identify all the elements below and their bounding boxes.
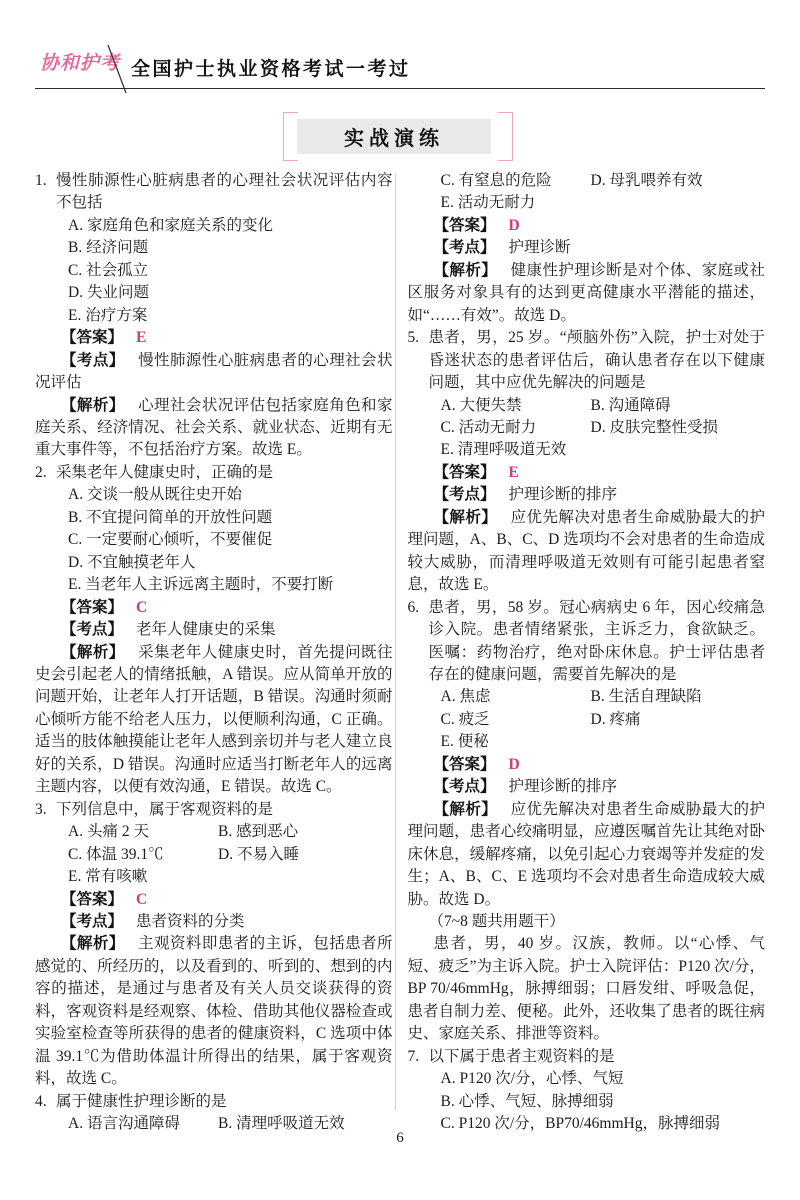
answer-line: 【答案】C — [35, 889, 393, 911]
question-text: 患者，男，58 岁。冠心病病史 6 年，因心绞痛急诊入院。患者情绪紧张，主诉乏力… — [429, 599, 766, 683]
answer-label: 【答案】 — [61, 329, 123, 346]
option-row: A. 焦虑B. 生活自理缺陷 — [408, 686, 766, 708]
option-cell: C. 体温 39.1℃ — [68, 844, 218, 866]
point-text: 患者资料的分类 — [136, 913, 245, 930]
question-block: 4.属于健康性护理诊断的是 — [35, 1091, 393, 1113]
answer-value: D — [509, 756, 520, 773]
option-row: E. 当老年人主诉远离主题时，不要打断 — [35, 574, 393, 596]
options-group: C. 有窒息的危险D. 母乳喂养有效E. 活动无耐力 — [408, 170, 766, 215]
question-block: 6.患者，男，58 岁。冠心病病史 6 年，因心绞痛急诊入院。患者情绪紧张，主诉… — [408, 597, 766, 687]
question-number: 2. — [35, 462, 47, 484]
option-cell: C. 一定要耐心倾听，不要催促 — [68, 531, 272, 548]
option-cell: A. 大便失禁 — [441, 395, 591, 417]
analysis-line: 【解析】应优先解决对患者生命威胁最大的护理问题，患者心绞痛明显，应遵医嘱首先让其… — [408, 799, 766, 911]
options-group: A. 大便失禁B. 沟通障碍C. 活动无耐力D. 皮肤完整性受损E. 清理呼吸道… — [408, 395, 766, 462]
option-row: A. P120 次/分，心悸、气短 — [408, 1068, 766, 1090]
point-text: 老年人健康史的采集 — [136, 621, 276, 638]
point-line: 【考点】护理诊断 — [408, 237, 766, 259]
option-row: D. 不宜触摸老年人 — [35, 552, 393, 574]
analysis-label: 【解析】 — [61, 935, 125, 952]
option-cell: A. P120 次/分，心悸、气短 — [441, 1070, 624, 1087]
answer-value: E — [509, 464, 519, 481]
option-row: A. 交谈一般从既往史开始 — [35, 484, 393, 506]
options-group: A. 头痛 2 天B. 感到恶心C. 体温 39.1℃D. 不易入睡E. 常有咳… — [35, 821, 393, 888]
option-row: E. 常有咳嗽 — [35, 866, 393, 888]
point-label: 【考点】 — [61, 352, 125, 369]
option-cell: D. 不宜触摸老年人 — [68, 554, 195, 571]
analysis-line: 【解析】主观资料即患者的主诉，包括患者所感觉的、所经历的，以及看到的、听到的、想… — [35, 933, 393, 1090]
answer-line: 【答案】D — [408, 215, 766, 237]
question-number: 4. — [35, 1091, 47, 1113]
option-cell: A. 交谈一般从既往史开始 — [68, 486, 242, 503]
point-text: 护理诊断的排序 — [509, 778, 618, 795]
option-cell: D. 疼痛 — [591, 711, 641, 728]
option-row: E. 活动无耐力 — [408, 192, 766, 214]
analysis-line: 【解析】应优先解决对患者生命威胁最大的护理问题，A、B、C、D 选项均不会对患者… — [408, 507, 766, 597]
answer-line: 【答案】C — [35, 597, 393, 619]
question-text: 属于健康性护理诊断的是 — [56, 1093, 227, 1110]
option-cell: E. 当老年人主诉远离主题时，不要打断 — [68, 576, 333, 593]
option-cell: E. 治疗方案 — [68, 307, 147, 324]
case-intro: 患者，男，40 岁。汉族，教师。以“心悸、气短、疲乏”为主诉入院。护士入院评估：… — [408, 933, 766, 1045]
answer-value: E — [136, 329, 146, 346]
point-line: 【考点】慢性肺源性心脏病患者的心理社会状况评估 — [35, 350, 393, 395]
option-cell: E. 便秘 — [441, 733, 489, 750]
point-text: 护理诊断 — [509, 239, 571, 256]
option-cell: A. 家庭角色和家庭关系的变化 — [68, 217, 273, 234]
analysis-label: 【解析】 — [61, 644, 125, 661]
answer-value: C — [136, 891, 147, 908]
option-cell: E. 常有咳嗽 — [68, 868, 147, 885]
options-group: A. 焦虑B. 生活自理缺陷C. 疲乏D. 疼痛E. 便秘 — [408, 686, 766, 753]
option-row: B. 心悸、气短、脉搏细弱 — [408, 1091, 766, 1113]
analysis-label: 【解析】 — [434, 262, 498, 279]
option-cell: B. 沟通障碍 — [591, 397, 671, 414]
analysis-text: 采集老年人健康史时，首先提问既往史会引起老人的情绪抵触，A 错误。应从简单开放的… — [35, 644, 393, 796]
question-number: 1. — [35, 170, 47, 192]
option-row: C. 疲乏D. 疼痛 — [408, 709, 766, 731]
option-cell: C. 疲乏 — [441, 709, 591, 731]
question-number: 3. — [35, 799, 47, 821]
option-cell: B. 不宜提问简单的开放性问题 — [68, 509, 272, 526]
point-line: 【考点】护理诊断的排序 — [408, 776, 766, 798]
option-cell: D. 不易入睡 — [218, 846, 299, 863]
option-cell: D. 失业问题 — [68, 284, 149, 301]
question-block: 1.慢性肺源性心脏病患者的心理社会状况评估内容不包括 — [35, 170, 393, 215]
option-row: C. 一定要耐心倾听，不要催促 — [35, 529, 393, 551]
answer-line: 【答案】D — [408, 754, 766, 776]
section-title: 实战演练 — [297, 119, 491, 154]
option-row: D. 失业问题 — [35, 282, 393, 304]
header-rule — [35, 88, 765, 89]
option-cell: B. 心悸、气短、脉搏细弱 — [441, 1093, 614, 1110]
point-line: 【考点】老年人健康史的采集 — [35, 619, 393, 641]
option-row: C. 体温 39.1℃D. 不易入睡 — [35, 844, 393, 866]
options-group: A. P120 次/分，心悸、气短B. 心悸、气短、脉搏细弱C. P120 次/… — [408, 1068, 766, 1135]
question-block: 2.采集老年人健康史时，正确的是 — [35, 462, 393, 484]
answer-label: 【答案】 — [61, 599, 123, 616]
analysis-line: 【解析】采集老年人健康史时，首先提问既往史会引起老人的情绪抵触，A 错误。应从简… — [35, 642, 393, 799]
analysis-line: 【解析】心理社会状况评估包括家庭角色和家庭关系、经济情况、社会关系、就业状态、近… — [35, 395, 393, 462]
option-row: E. 治疗方案 — [35, 305, 393, 327]
answer-line: 【答案】E — [35, 327, 393, 349]
analysis-line: 【解析】健康性护理诊断是对个体、家庭或社区服务对象具有的达到更高健康水平潜能的描… — [408, 260, 766, 327]
question-block: 3.下列信息中，属于客观资料的是 — [35, 799, 393, 821]
option-cell: C. 社会孤立 — [68, 262, 148, 279]
answer-line: 【答案】E — [408, 462, 766, 484]
question-text: 以下属于患者主观资料的是 — [429, 1048, 615, 1065]
answer-value: C — [136, 599, 147, 616]
column-left: 1.慢性肺源性心脏病患者的心理社会状况评估内容不包括A. 家庭角色和家庭关系的变… — [35, 170, 393, 1135]
column-right: C. 有窒息的危险D. 母乳喂养有效E. 活动无耐力【答案】D【考点】护理诊断【… — [408, 170, 766, 1135]
option-row: C. 社会孤立 — [35, 260, 393, 282]
options-group: A. 家庭角色和家庭关系的变化B. 经济问题C. 社会孤立D. 失业问题E. 治… — [35, 215, 393, 327]
option-row: A. 家庭角色和家庭关系的变化 — [35, 215, 393, 237]
point-line: 【考点】护理诊断的排序 — [408, 484, 766, 506]
option-cell: B. 感到恶心 — [218, 823, 298, 840]
option-cell: E. 清理呼吸道无效 — [441, 441, 567, 458]
option-cell: D. 母乳喂养有效 — [591, 172, 703, 189]
section-title-box: 实战演练 — [283, 112, 513, 161]
point-text: 护理诊断的排序 — [509, 486, 618, 503]
question-text: 患者，男，25 岁。“颅脑外伤”入院，护士对处于昏迷状态的患者评估后，确认患者存… — [429, 329, 766, 391]
point-label: 【考点】 — [61, 913, 123, 930]
shared-stem-note: （7~8 题共用题干） — [408, 911, 766, 933]
point-label: 【考点】 — [434, 486, 496, 503]
header-title: 全国护士执业资格考试一考过 — [131, 54, 411, 81]
analysis-text: 主观资料即患者的主诉，包括患者所感觉的、所经历的，以及看到的、听到的、想到的内容… — [35, 935, 393, 1087]
option-cell: B. 生活自理缺陷 — [591, 688, 702, 705]
option-cell: B. 经济问题 — [68, 239, 148, 256]
option-cell: A. 焦虑 — [441, 686, 591, 708]
question-number: 5. — [408, 327, 420, 349]
answer-label: 【答案】 — [434, 217, 496, 234]
question-text: 下列信息中，属于客观资料的是 — [56, 801, 273, 818]
option-row: B. 不宜提问简单的开放性问题 — [35, 507, 393, 529]
page-number: 6 — [396, 1130, 404, 1146]
point-label: 【考点】 — [434, 239, 496, 256]
point-line: 【考点】患者资料的分类 — [35, 911, 393, 933]
option-row: B. 经济问题 — [35, 237, 393, 259]
answer-label: 【答案】 — [61, 891, 123, 908]
option-row: E. 清理呼吸道无效 — [408, 439, 766, 461]
right-bracket-decoration — [498, 112, 513, 161]
question-text: 采集老年人健康史时，正确的是 — [56, 464, 273, 481]
option-cell: E. 活动无耐力 — [441, 194, 536, 211]
content-columns: 1.慢性肺源性心脏病患者的心理社会状况评估内容不包括A. 家庭角色和家庭关系的变… — [35, 170, 765, 1135]
point-label: 【考点】 — [61, 621, 123, 638]
page-header: 协和护考 全国护士执业资格考试一考过 — [35, 43, 765, 93]
document-page: 协和护考 全国护士执业资格考试一考过 实战演练 1.慢性肺源性心脏病患者的心理社… — [0, 0, 800, 1200]
option-row: A. 头痛 2 天B. 感到恶心 — [35, 821, 393, 843]
option-row: A. 大便失禁B. 沟通障碍 — [408, 395, 766, 417]
question-text: 慢性肺源性心脏病患者的心理社会状况评估内容不包括 — [56, 172, 393, 211]
option-row: C. 活动无耐力D. 皮肤完整性受损 — [408, 417, 766, 439]
left-bracket-decoration — [283, 112, 298, 161]
option-row: C. 有窒息的危险D. 母乳喂养有效 — [408, 170, 766, 192]
option-cell: D. 皮肤完整性受损 — [591, 419, 718, 436]
analysis-label: 【解析】 — [61, 397, 125, 414]
question-number: 6. — [408, 597, 420, 619]
options-group: A. 交谈一般从既往史开始B. 不宜提问简单的开放性问题C. 一定要耐心倾听，不… — [35, 484, 393, 596]
point-label: 【考点】 — [434, 778, 496, 795]
option-cell: A. 头痛 2 天 — [68, 821, 218, 843]
page-footer: 6 — [0, 1130, 800, 1147]
answer-label: 【答案】 — [434, 756, 496, 773]
option-row: E. 便秘 — [408, 731, 766, 753]
answer-label: 【答案】 — [434, 464, 496, 481]
option-cell: C. 有窒息的危险 — [441, 170, 591, 192]
header-diagonal-line — [105, 43, 129, 93]
question-number: 7. — [408, 1046, 420, 1068]
option-cell: C. 活动无耐力 — [441, 417, 591, 439]
analysis-label: 【解析】 — [434, 801, 498, 818]
question-block: 5.患者，男，25 岁。“颅脑外伤”入院，护士对处于昏迷状态的患者评估后，确认患… — [408, 327, 766, 394]
question-block: 7.以下属于患者主观资料的是 — [408, 1046, 766, 1068]
column-divider — [395, 174, 396, 1110]
answer-value: D — [509, 217, 520, 234]
analysis-label: 【解析】 — [434, 509, 498, 526]
